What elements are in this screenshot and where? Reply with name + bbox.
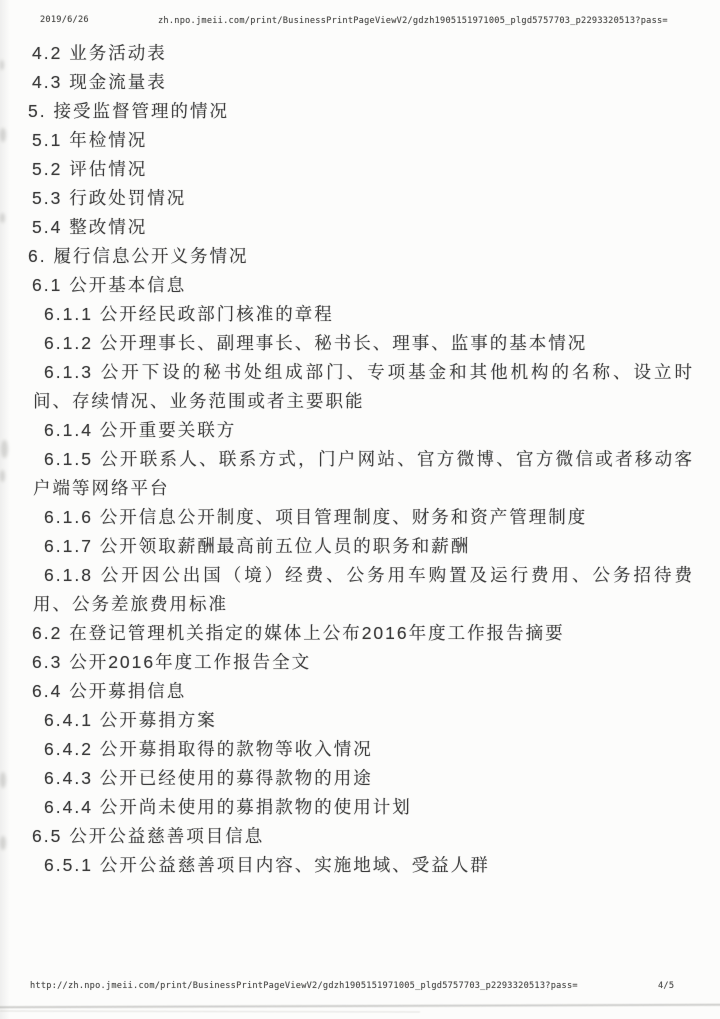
toc-item: 5. 接受监督管理的情况 bbox=[0, 97, 720, 126]
scan-artifact bbox=[1, 440, 8, 458]
document-outline: 4.2 业务活动表4.3 现金流量表5. 接受监督管理的情况5.1 年检情况5.… bbox=[0, 0, 720, 880]
toc-item: 6.1.2 公开理事长、副理事长、秘书长、理事、监事的基本情况 bbox=[0, 329, 720, 358]
scan-artifact bbox=[0, 60, 4, 70]
toc-item: 6. 履行信息公开义务情况 bbox=[0, 242, 720, 271]
toc-item: 5.4 整改情况 bbox=[0, 213, 720, 242]
toc-item: 5.2 评估情况 bbox=[0, 155, 720, 184]
toc-item: 6.1 公开基本信息 bbox=[0, 271, 720, 300]
scan-bottom-edge-line bbox=[0, 1004, 720, 1009]
scan-artifact bbox=[0, 772, 6, 788]
toc-item: 6.2 在登记管理机关指定的媒体上公布2016年度工作报告摘要 bbox=[0, 619, 720, 648]
toc-item: 6.1.4 公开重要关联方 bbox=[0, 416, 720, 445]
toc-item: 6.4.4 公开尚未使用的募捐款物的使用计划 bbox=[0, 793, 720, 822]
toc-item: 6.1.1 公开经民政部门核准的章程 bbox=[0, 300, 720, 329]
toc-item: 6.1.7 公开领取薪酬最高前五位人员的职务和薪酬 bbox=[0, 532, 720, 561]
toc-item: 5.1 年检情况 bbox=[0, 126, 720, 155]
toc-item: 6.1.3 公开下设的秘书处组成部门、专项基金和其他机构的名称、设立时间、存续情… bbox=[0, 358, 720, 416]
toc-item: 5.3 行政处罚情况 bbox=[0, 184, 720, 213]
toc-item: 6.1.5 公开联系人、联系方式，门户网站、官方微博、官方微信或者移动客户端等网… bbox=[0, 445, 720, 503]
scan-bottom-edge-line bbox=[0, 1011, 420, 1013]
toc-item: 4.3 现金流量表 bbox=[0, 68, 720, 97]
toc-item: 6.1.8 公开因公出国（境）经费、公务用车购置及运行费用、公务招待费用、公务差… bbox=[0, 561, 720, 619]
scan-artifact bbox=[0, 213, 5, 223]
toc-item: 6.4.2 公开募捐取得的款物等收入情况 bbox=[0, 735, 720, 764]
scanned-document-page: 2019/6/26 zh.npo.jmeii.com/print/Busines… bbox=[0, 0, 720, 1019]
toc-item: 4.2 业务活动表 bbox=[0, 39, 720, 68]
toc-item: 6.4.3 公开已经使用的募得款物的用途 bbox=[0, 764, 720, 793]
toc-item: 6.1.6 公开信息公开制度、项目管理制度、财务和资产管理制度 bbox=[0, 503, 720, 532]
page-number: 4/5 bbox=[658, 981, 674, 991]
print-footer-url: http://zh.npo.jmeii.com/print/BusinessPr… bbox=[30, 981, 578, 991]
scan-artifact bbox=[0, 836, 6, 850]
toc-item: 6.5 公开公益慈善项目信息 bbox=[0, 822, 720, 851]
scan-artifact bbox=[0, 470, 5, 482]
toc-item: 6.4 公开募捐信息 bbox=[0, 677, 720, 706]
scan-artifact bbox=[0, 128, 6, 142]
toc-item: 6.4.1 公开募捐方案 bbox=[0, 706, 720, 735]
toc-item: 6.3 公开2016年度工作报告全文 bbox=[0, 648, 720, 677]
toc-item: 6.5.1 公开公益慈善项目内容、实施地域、受益人群 bbox=[0, 851, 720, 880]
